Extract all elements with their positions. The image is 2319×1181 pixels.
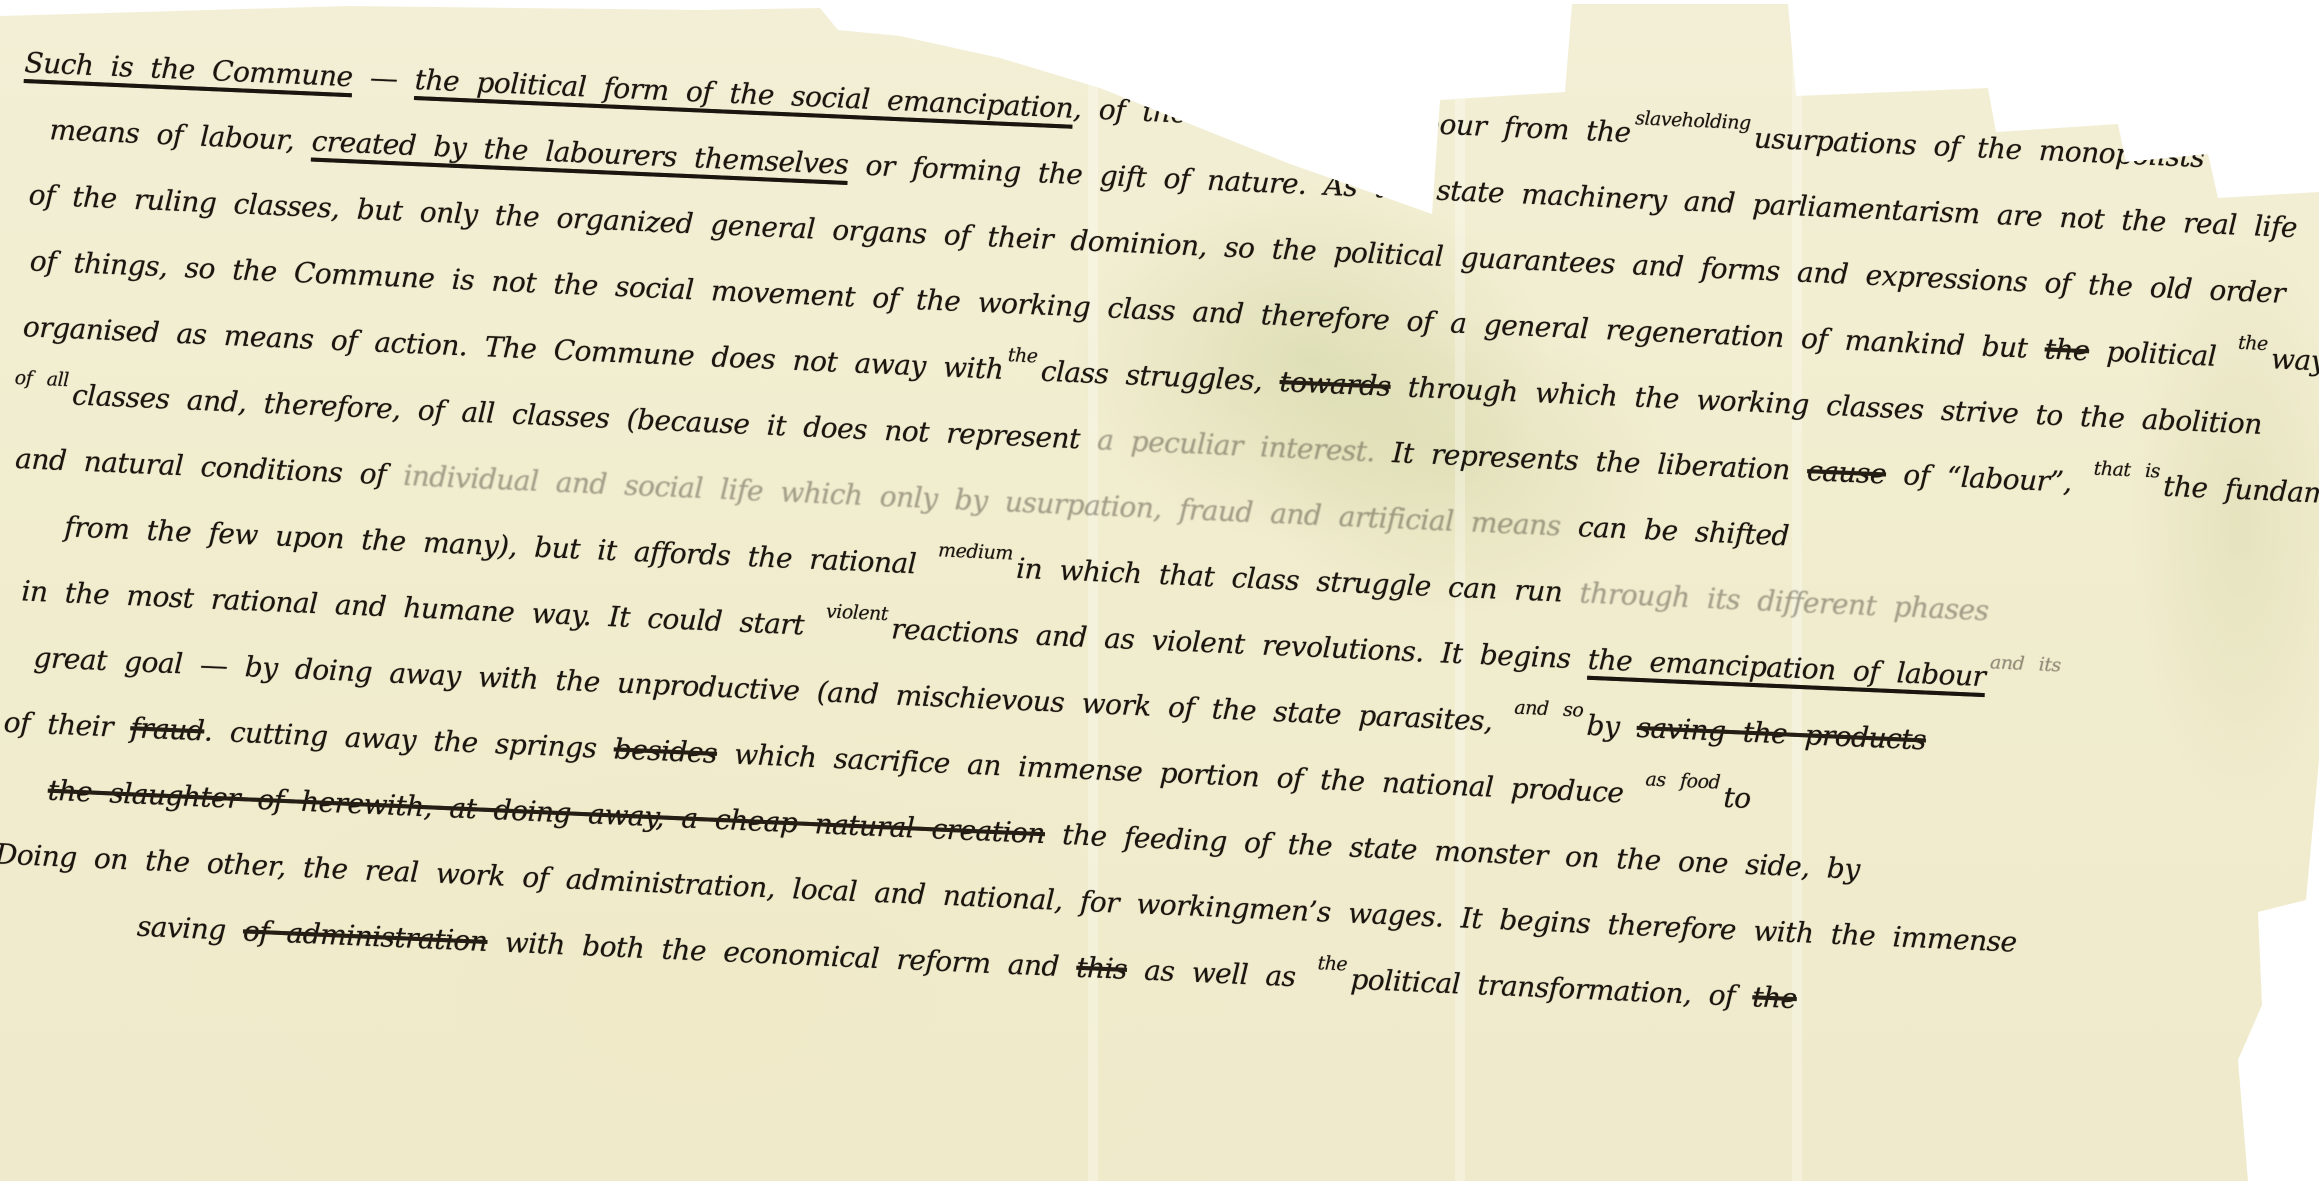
text-segment-insert: medium [938,550,1013,553]
text-segment-normal: means of labour, [49,113,313,157]
text-segment-normal: It represents the liberation [1374,435,1808,487]
text-segment-normal: class struggles, [1040,355,1280,398]
text-segment-normal: political [2088,334,2234,373]
text-segment-normal: , of the liberation of labour from the [1072,92,1631,149]
text-segment-normal: as well as [1126,953,1313,994]
text-segment-insert: and so [1514,708,1583,711]
text-segment-insert: that is [2094,469,2160,472]
text-segment-strike: besides [613,732,718,769]
text-segment-insert-faded: and its [1990,662,2061,665]
text-segment-normal: — [352,60,416,96]
text-segment-insert: slaveholding [1635,118,1750,123]
text-segment-normal: by [1586,709,1638,744]
text-segment-insert: the [2238,343,2268,344]
text-segment-faded: a peculiar interest. [1097,423,1376,468]
text-segment-normal: . cutting away the springs [204,714,615,765]
text-segment-strike: fraud [130,711,205,747]
text-segment-insert: as food [1646,779,1721,782]
text-segment-normal: the fundamental [2163,470,2319,513]
text-segment-normal: usurpations of the monopolists of the [1753,121,2310,178]
text-segment-underline: Such is the Commune [24,46,353,93]
text-segment-normal: of their [3,706,131,744]
text-segment-normal: to [1723,781,1752,815]
text-segment-strike: of administration [242,914,488,958]
text-segment-normal: political transformation, of [1350,963,1753,1014]
text-segment-normal: saving [136,910,244,948]
text-segment-strike: the [1752,980,1798,1015]
text-segment-strike: cause [1807,454,1887,490]
text-segment-normal: with both the economical reform and [487,925,1077,984]
text-segment-strike: towards [1279,365,1391,403]
text-segment-strike: saving the products [1636,711,1927,757]
text-segment-strike: the [2044,332,2090,367]
text-segment-faded: through its different phases [1579,576,1989,627]
text-segment-normal: and natural conditions of [15,442,405,492]
text-segment-insert: the [1318,963,1348,964]
text-segment-normal: ways [2270,342,2319,378]
text-segment-insert: violent [826,611,888,614]
manuscript-scan: Such is the Commune — the political form… [0,0,2319,1181]
paper-sheet: Such is the Commune — the political form… [0,0,2319,1181]
text-segment-underline: the emancipation of labour [1587,643,1986,693]
text-segment-strike: this [1076,951,1128,986]
text-segment-underline: the political form of the social emancip… [414,63,1074,125]
text-segment-normal: of “labour”, [1885,458,2090,500]
manuscript-lines: Such is the Commune — the political form… [0,30,2294,1052]
text-segment-underline: created by the labourers themselves [311,125,849,181]
text-segment-normal: in which that class struggle can run [1016,552,1581,610]
text-segment-normal: can be shifted [1560,509,1790,552]
text-segment-insert: the [1008,355,1038,356]
text-segment-insert: of all [15,378,69,380]
